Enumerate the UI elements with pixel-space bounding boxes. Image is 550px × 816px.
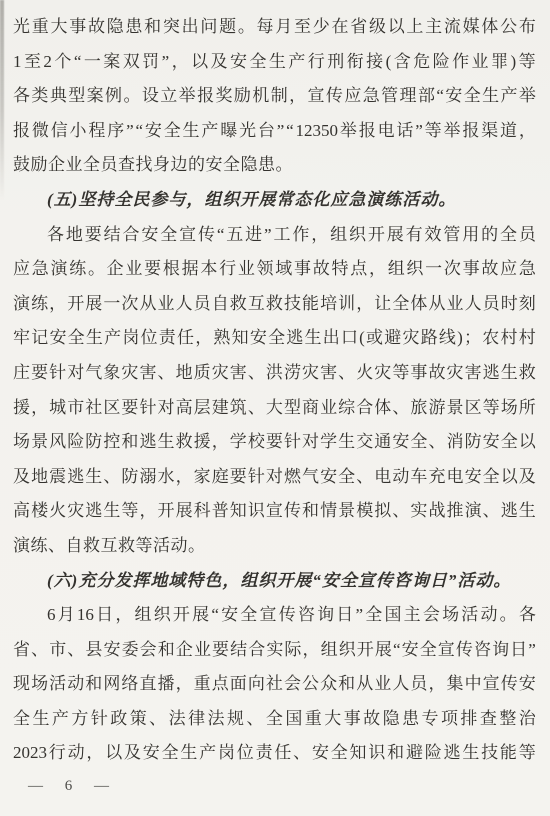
scan-edge-shadow <box>0 0 4 200</box>
document-line: 省、市、县安委会和企业要结合实际，组织开展“安全宣传咨询日” <box>13 633 536 668</box>
page-number: — 6 — <box>28 778 115 795</box>
document-line: 各地要结合安全宣传“五进”工作，组织开展有效管用的全员 <box>13 218 536 253</box>
document-text-block: 光重大事故隐患和突出问题。每月至少在省级以上主流媒体公布1至2个“一案双罚”，以… <box>13 10 536 771</box>
document-line: 全生产方针政策、法律法规、全国重大事故隐患专项排查整治 <box>13 702 536 737</box>
document-line: 各类典型案例。设立举报奖励机制，宣传应急管理部“安全生产举 <box>13 79 536 114</box>
document-line: 及地震逃生、防溺水，家庭要针对燃气安全、电动车充电安全以及 <box>13 460 536 495</box>
section-heading: (五)坚持全民参与，组织开展常态化应急演练活动。 <box>13 183 536 218</box>
document-line: 2023行动，以及安全生产岗位责任、安全知识和避险逃生技能等 <box>13 736 536 771</box>
section-heading: (六)充分发挥地域特色，组织开展“安全宣传咨询日”活动。 <box>13 564 536 599</box>
document-line: 演练，开展一次从业人员自救互救技能培训，让全体从业人员时刻 <box>13 287 536 322</box>
document-line: 报微信小程序”“安全生产曝光台”“12350举报电话”等举报渠道， <box>13 114 536 149</box>
document-line: 1至2个“一案双罚”，以及安全生产行刑衔接(含危险作业罪)等 <box>13 45 536 80</box>
document-line: 应急演练。企业要根据本行业领域事故特点，组织一次事故应急 <box>13 252 536 287</box>
document-line: 光重大事故隐患和突出问题。每月至少在省级以上主流媒体公布 <box>13 10 536 45</box>
document-line: 现场活动和网络直播，重点面向社会公众和从业人员，集中宣传安 <box>13 667 536 702</box>
document-line: 场景风险防控和逃生救援，学校要针对学生交通安全、消防安全以 <box>13 425 536 460</box>
document-line: 庄要针对气象灾害、地质灾害、洪涝灾害、火灾等事故灾害逃生救 <box>13 356 536 391</box>
document-line: 鼓励企业全员查找身边的安全隐患。 <box>13 148 536 183</box>
document-page: 光重大事故隐患和突出问题。每月至少在省级以上主流媒体公布1至2个“一案双罚”，以… <box>0 0 550 816</box>
document-line: 援，城市社区要针对高层建筑、大型商业综合体、旅游景区等场所 <box>13 391 536 426</box>
document-line: 高楼火灾逃生等，开展科普知识宣传和情景模拟、实战推演、逃生 <box>13 494 536 529</box>
document-line: 演练、自救互救等活动。 <box>13 529 536 564</box>
document-line: 牢记安全生产岗位责任，熟知安全逃生出口(或避灾路线)；农村村 <box>13 321 536 356</box>
document-line: 6月16日，组织开展“安全宣传咨询日”全国主会场活动。各 <box>13 598 536 633</box>
